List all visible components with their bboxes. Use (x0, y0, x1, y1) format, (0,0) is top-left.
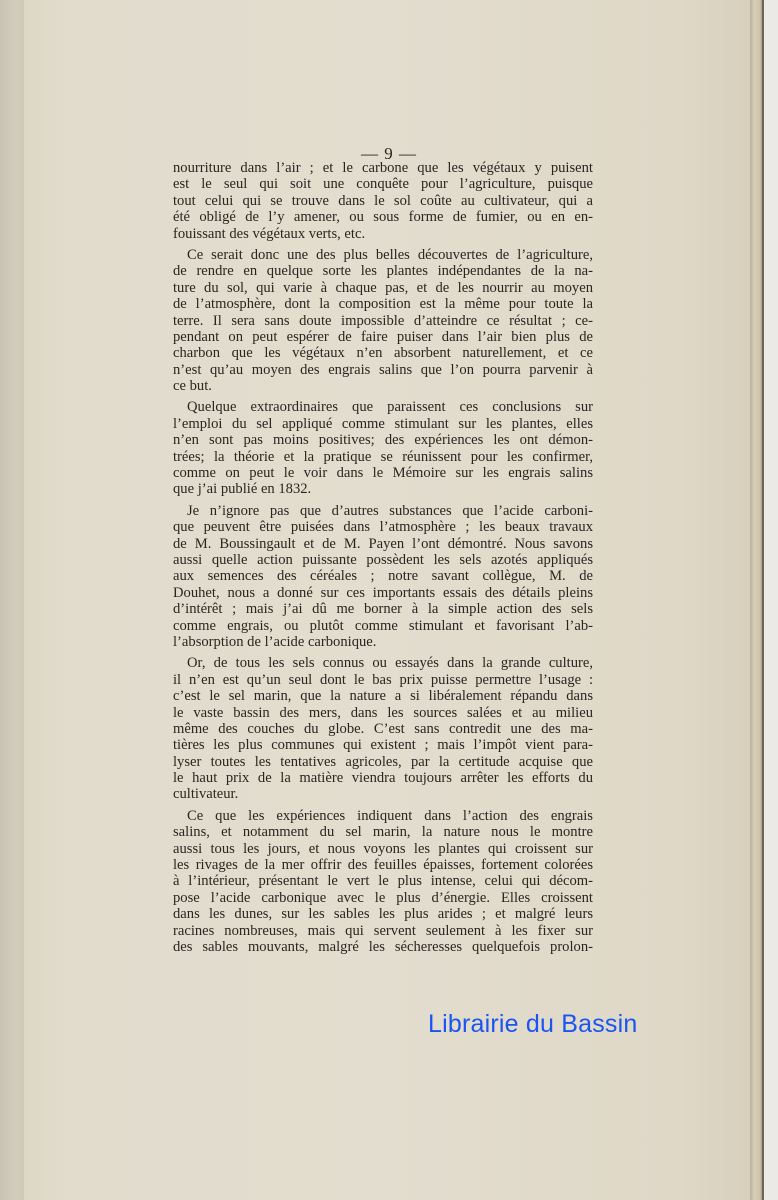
text-line: l’emploi du sel appliqué comme stimulant… (173, 416, 593, 432)
text-line: des sables mouvants, malgré les sécheres… (173, 939, 593, 955)
text-line: ture du sol, qui varie à chaque pas, et … (173, 280, 593, 296)
text-line: Or, de tous les sels connus ou essayés d… (173, 655, 593, 671)
text-line: ce but. (173, 378, 593, 394)
text-line: de rendre en quelque sorte les plantes i… (173, 263, 593, 279)
text-line: pose l’acide carbonique avec le plus d’é… (173, 890, 593, 906)
text-line: lyser toutes les tentatives agricoles, p… (173, 754, 593, 770)
text-line: de l’atmosphère, dont la composition est… (173, 296, 593, 312)
paragraph: Je n’ignore pas que d’autres substances … (173, 503, 593, 651)
text-line: le haut prix de la matière viendra toujo… (173, 770, 593, 786)
text-line: aussi tous les jours, et nous voyons les… (173, 841, 593, 857)
text-line: aux semences des céréales ; notre savant… (173, 568, 593, 584)
paragraph: Ce serait donc une des plus belles décou… (173, 247, 593, 395)
text-line: été obligé de l’y amener, ou sous forme … (173, 209, 593, 225)
text-line: fouissant des végétaux verts, etc. (173, 226, 593, 242)
text-line: l’absorption de l’acide carbonique. (173, 634, 593, 650)
text-line: il n’en est qu’un seul dont le bas prix … (173, 672, 593, 688)
text-line: les rivages de la mer offrir des feuille… (173, 857, 593, 873)
text-line: pendant on peut espérer de faire puiser … (173, 329, 593, 345)
text-line: tout celui qui se trouve dans le sol coû… (173, 193, 593, 209)
text-line: Quelque extraordinaires que paraissent c… (173, 399, 593, 415)
background (764, 0, 778, 1200)
text-line: que j’ai publié en 1832. (173, 481, 593, 497)
text-line: n’est qu’au moyen des engrais salins que… (173, 362, 593, 378)
text-line: racines nombreuses, mais qui servent seu… (173, 923, 593, 939)
body-text: nourriture dans l’air ; et le carbone qu… (173, 160, 593, 955)
watermark: Librairie du Bassin (428, 1010, 637, 1039)
text-line: à l’intérieur, présentant le vert le plu… (173, 873, 593, 889)
text-line: charbon que les végétaux n’en absorbent … (173, 345, 593, 361)
text-line: Ce serait donc une des plus belles décou… (173, 247, 593, 263)
text-line: aussi quelle action puissante possèdent … (173, 552, 593, 568)
paragraph: Or, de tous les sels connus ou essayés d… (173, 655, 593, 803)
text-line: Ce que les expériences indiquent dans l’… (173, 808, 593, 824)
text-line: tières les plus communes qui existent ; … (173, 737, 593, 753)
text-line: c’est le sel marin, que la nature a si l… (173, 688, 593, 704)
text-line: même des couches du globe. C’est sans co… (173, 721, 593, 737)
text-line: salins, et notamment du sel marin, la na… (173, 824, 593, 840)
text-line: le vaste bassin des mers, dans les sourc… (173, 705, 593, 721)
text-line: comme engrais, ou plutôt comme stimulant… (173, 618, 593, 634)
text-line: est le seul qui soit une conquête pour l… (173, 176, 593, 192)
paragraph: Ce que les expériences indiquent dans l’… (173, 808, 593, 956)
text-line: terre. Il sera sans doute impossible d’a… (173, 313, 593, 329)
text-line: n’en sont pas moins positives; des expér… (173, 432, 593, 448)
text-line: dans les dunes, sur les sables les plus … (173, 906, 593, 922)
paragraph: nourriture dans l’air ; et le carbone qu… (173, 160, 593, 242)
text-line: Douhet, nous a donné sur ces importants … (173, 585, 593, 601)
text-line: nourriture dans l’air ; et le carbone qu… (173, 160, 593, 176)
left-page-edge (0, 0, 24, 1200)
paragraph: Quelque extraordinaires que paraissent c… (173, 399, 593, 497)
text-line: de M. Boussingault et de M. Payen l’ont … (173, 536, 593, 552)
text-line: Je n’ignore pas que d’autres substances … (173, 503, 593, 519)
text-line: cultivateur. (173, 786, 593, 802)
text-line: comme on peut le voir dans le Mémoire su… (173, 465, 593, 481)
text-line: d’intérêt ; mais j’ai dû me borner à la … (173, 601, 593, 617)
text-line: que peuvent être puisées dans l’atmosphè… (173, 519, 593, 535)
text-line: trées; la théorie et la pratique se réun… (173, 449, 593, 465)
